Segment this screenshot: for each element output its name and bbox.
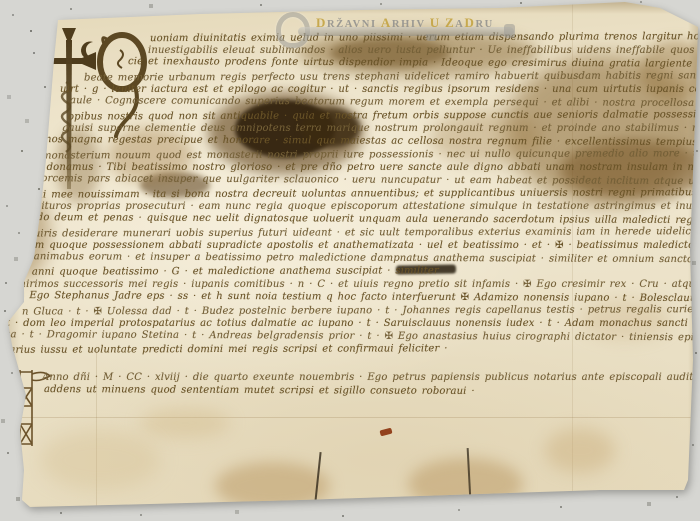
manuscript-line: aule · Cognoscere comunicando superius b… — [70, 95, 700, 110]
archive-key-bit — [504, 24, 515, 38]
archive-watermark-text: DRŽAVNI ARHIV U ZADRU — [316, 14, 494, 32]
manuscript-line: nos magna regestas precipue et honorare … — [45, 134, 700, 149]
faint-stain — [140, 408, 230, 438]
manuscript-line: larius iussu et uoluntate predicti domin… — [6, 343, 448, 356]
archive-watermark: DRŽAVNI ARHIV U ZADRU — [268, 6, 528, 46]
parchment-slit — [314, 452, 321, 502]
faint-stain — [545, 428, 615, 473]
red-wax-speck — [379, 428, 392, 437]
manuscript-line: t · dom leo imperial protospatarius ac t… — [6, 318, 700, 329]
manuscript-line: er anni quoque beatissimo · G · et maled… — [16, 265, 439, 277]
manuscript-line: ghirimos successoris mei regis · iupanis… — [13, 279, 700, 290]
manuscript-line: ga · t · Dragomir iupano Stetina · t · A… — [4, 329, 700, 344]
manuscript-line: ✠ Ego Stephanus Jadre eps · ss · et h su… — [16, 290, 700, 305]
watermark-letter: RU — [475, 19, 493, 30]
manuscript-line: sessioni mee nouissimam · ita si bona no… — [5, 186, 700, 200]
manuscript-line: uirt · g · leuiter iactura est et epilog… — [60, 84, 700, 95]
manuscript-line: cum animabus eorum · et insuper a beatis… — [7, 251, 700, 266]
parchment-sheet: Q uoniam diuinitatis eximia uelud in uno… — [0, 0, 700, 521]
watermark-letter: RHIV — [392, 19, 426, 30]
parchment-surface: Q uoniam diuinitatis eximia uelud in uno… — [0, 0, 700, 521]
watermark-letter: U — [430, 15, 441, 30]
parchment-slit — [467, 448, 472, 500]
watermark-letter: RŽAVNI — [327, 19, 377, 30]
dirt-specks — [0, 0, 1, 1]
manuscript-line: Anno dñi · M · CC · xlviij · die quarto … — [42, 372, 700, 383]
manuscript-line: cui exorcemis pars abiacet insuper que u… — [9, 173, 700, 188]
manuscript-line: ut eam quoque possessionem abbati suprad… — [7, 240, 700, 251]
manuscript-line: et habituros proprias prosecuturi · eam … — [7, 201, 700, 212]
watermark-letter: D — [316, 15, 327, 30]
manuscript-line: opibus nostris quod non sit antiquabile … — [68, 109, 700, 123]
scanned-charter-image: Q uoniam diuinitatis eximia uelud in uno… — [0, 0, 700, 521]
manuscript-line: monasterium nouum quod est monasterii no… — [42, 147, 700, 161]
fold-crease-horizontal — [0, 417, 700, 418]
manuscript-line: inuestigabilis eleuat sublimandos · alio… — [148, 45, 700, 56]
watermark-letter: A — [381, 15, 392, 30]
manuscript-line: n Gluca · t · ✠ Uolessa dad · t · Budez … — [22, 304, 700, 318]
manuscript-line: addens ut minuens quod sententiam mutet … — [44, 384, 475, 397]
manuscript-line: cum uiris desiderare munerari uobis supe… — [7, 225, 700, 239]
manuscript-line: gauisi superne clementie deus omnipotens… — [62, 123, 700, 134]
watermark-letter: Z — [445, 15, 455, 30]
faint-stain — [40, 430, 160, 490]
watermark-letter: D — [464, 15, 475, 30]
manuscript-line: more donamus · Tibi beatissimo nostro gl… — [15, 162, 700, 173]
manuscript-line: timendo deum et penas · quisque nec ueli… — [7, 212, 700, 227]
manuscript-line: beate memorie urbanum regis perfecto usu… — [84, 69, 700, 83]
archive-key-tooth — [426, 34, 437, 41]
bottom-stain — [408, 458, 523, 510]
manuscript-line: cie et inexhausto prodens fonte uirtus d… — [128, 56, 700, 71]
bottom-stain — [215, 462, 330, 510]
